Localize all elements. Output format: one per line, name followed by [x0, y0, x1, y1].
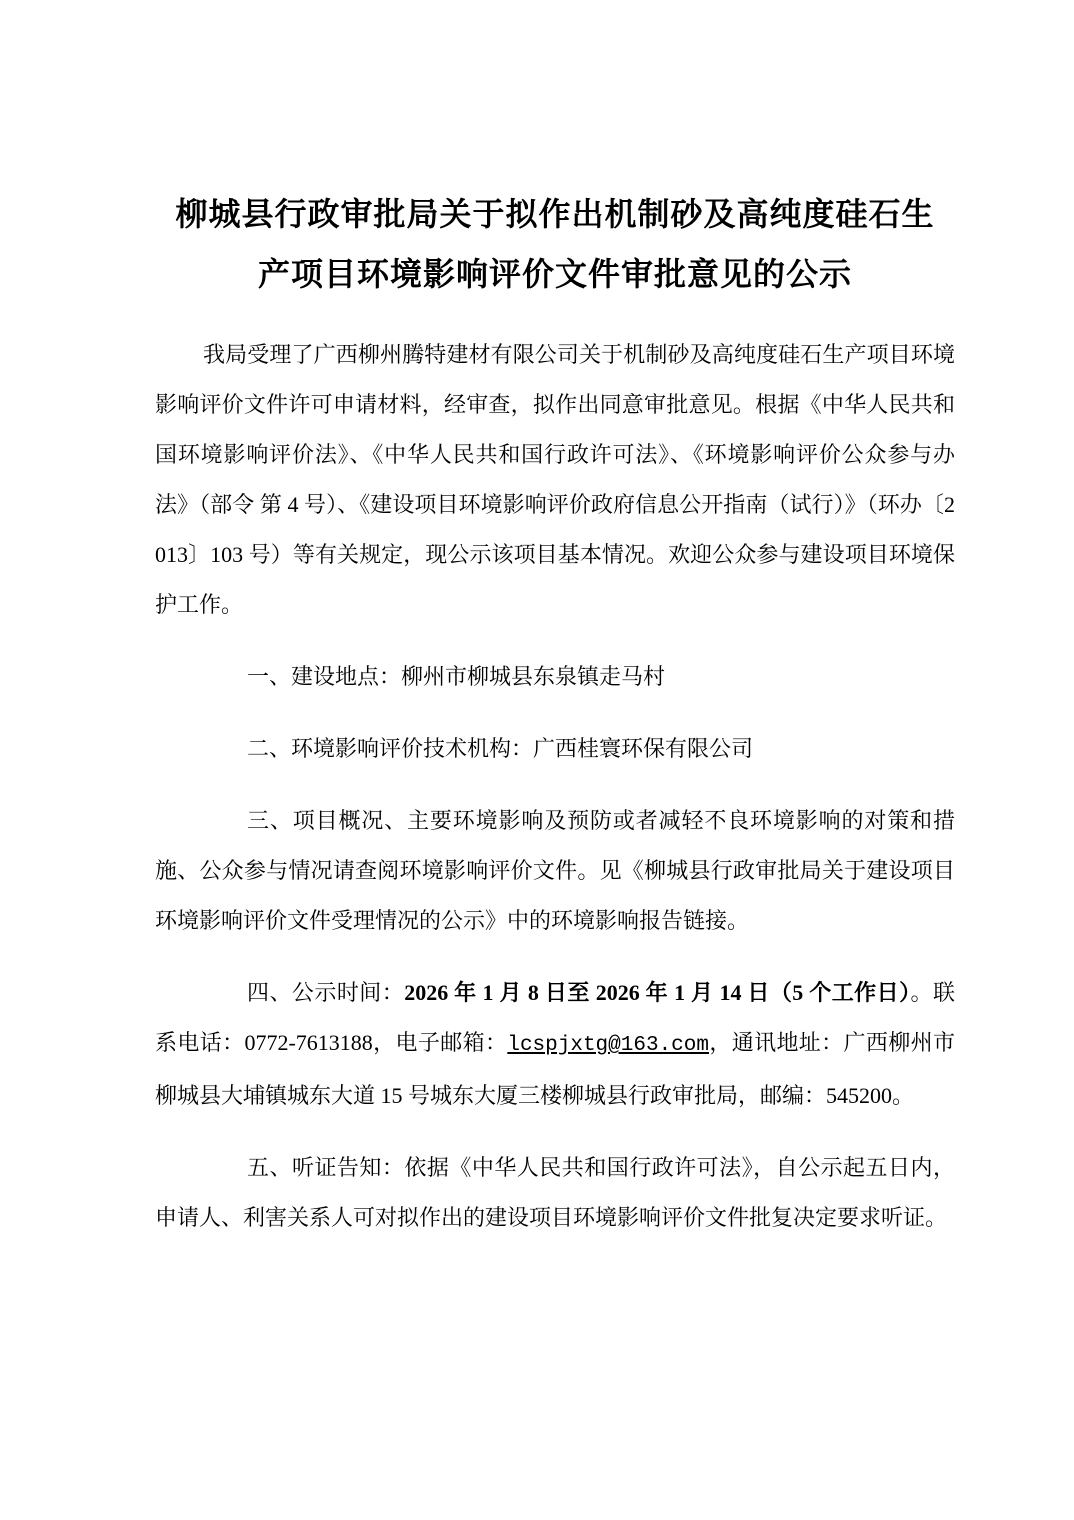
- publicity-date-range: 2026 年 1 月 8 日至 2026 年 1 月 14 日（5 个工作日）: [404, 980, 910, 1005]
- email-link[interactable]: lcspjxtg@163.com: [507, 1034, 709, 1057]
- intro-paragraph: 我局受理了广西柳州腾特建材有限公司关于机制砂及高纯度硅石生产项目环境影响评价文件…: [155, 330, 955, 630]
- text-segment: 四、公示时间：: [247, 980, 404, 1005]
- item-hearing-notice: 五、听证告知：依据《中华人民共和国行政许可法》，自公示起五日内，申请人、利害关系…: [155, 1143, 955, 1243]
- item-location: 一、建设地点：柳州市柳城县东泉镇走马村: [155, 652, 955, 702]
- document-title-line-1: 柳城县行政审批局关于拟作出机制砂及高纯度硅石生: [155, 184, 955, 244]
- item-project-overview: 三、项目概况、主要环境影响及预防或者减轻不良环境影响的对策和措施、公众参与情况请…: [155, 796, 955, 946]
- document-page: 柳城县行政审批局关于拟作出机制砂及高纯度硅石生 产项目环境影响评价文件审批意见的…: [0, 0, 1074, 1520]
- item-eia-agency: 二、环境影响评价技术机构：广西桂寰环保有限公司: [155, 724, 955, 774]
- document-title: 柳城县行政审批局关于拟作出机制砂及高纯度硅石生 产项目环境影响评价文件审批意见的…: [155, 184, 955, 304]
- document-title-line-2: 产项目环境影响评价文件审批意见的公示: [155, 244, 955, 304]
- item-publicity-period: 四、公示时间：2026 年 1 月 8 日至 2026 年 1 月 14 日（5…: [155, 968, 955, 1121]
